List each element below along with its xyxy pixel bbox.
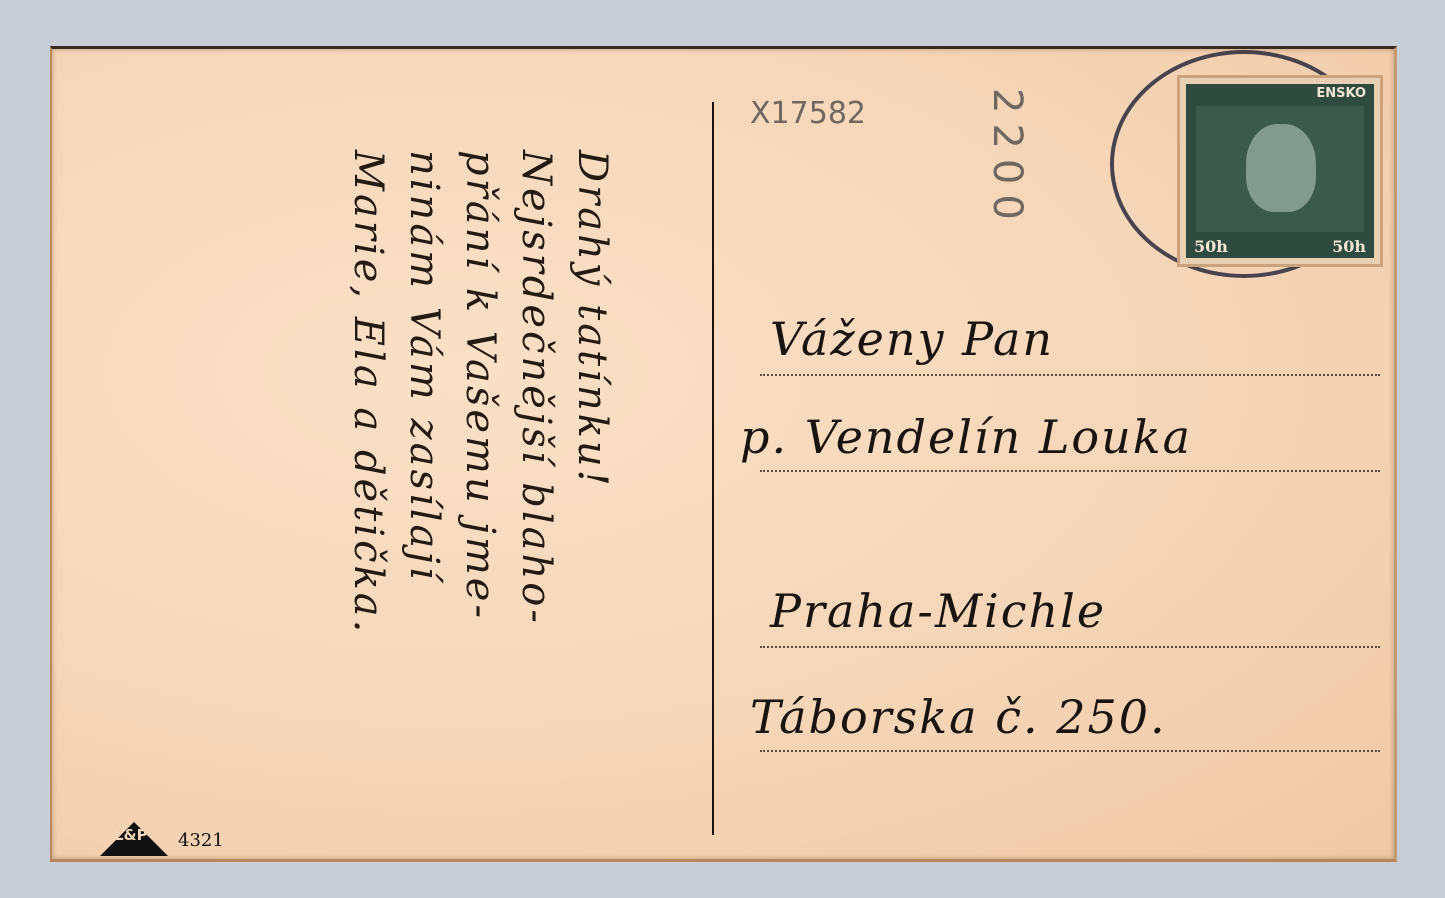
message-line: ninám Vám zasílají: [396, 150, 452, 635]
address-rule-1: [760, 374, 1380, 376]
stamp-image-area: [1196, 106, 1364, 232]
pencil-inventory-number: X17582: [750, 96, 866, 131]
stamp-country-text: ENSKO: [1316, 86, 1366, 101]
message-line: Marie, Ela a dětička.: [340, 150, 396, 635]
postage-stamp: ENSKO 50h 50h: [1180, 78, 1380, 264]
address-line-2: p. Vendelín Louka: [740, 410, 1192, 464]
address-rule-2: [760, 470, 1380, 472]
center-divider-line: [712, 102, 714, 835]
address-rule-4: [760, 750, 1380, 752]
address-line-4: Táborska č. 250.: [750, 690, 1167, 744]
series-number: 4321: [178, 830, 224, 851]
message-line: Drahý tatínku!: [564, 150, 620, 635]
stamp-value-right: 50h: [1332, 237, 1366, 256]
message-line: přání k Vašemu jme-: [452, 150, 508, 635]
message-line: Nejsrdečnější blaho-: [508, 150, 564, 635]
publisher-logo-text: L&P: [114, 826, 148, 844]
stamp-portrait-icon: [1246, 124, 1316, 212]
address-line-3: Praha-Michle: [770, 584, 1106, 638]
stamp-value-left: 50h: [1194, 237, 1228, 256]
pencil-price: 2200: [984, 88, 1030, 230]
address-line-1: Váženy Pan: [770, 312, 1054, 366]
address-rule-3: [760, 646, 1380, 648]
